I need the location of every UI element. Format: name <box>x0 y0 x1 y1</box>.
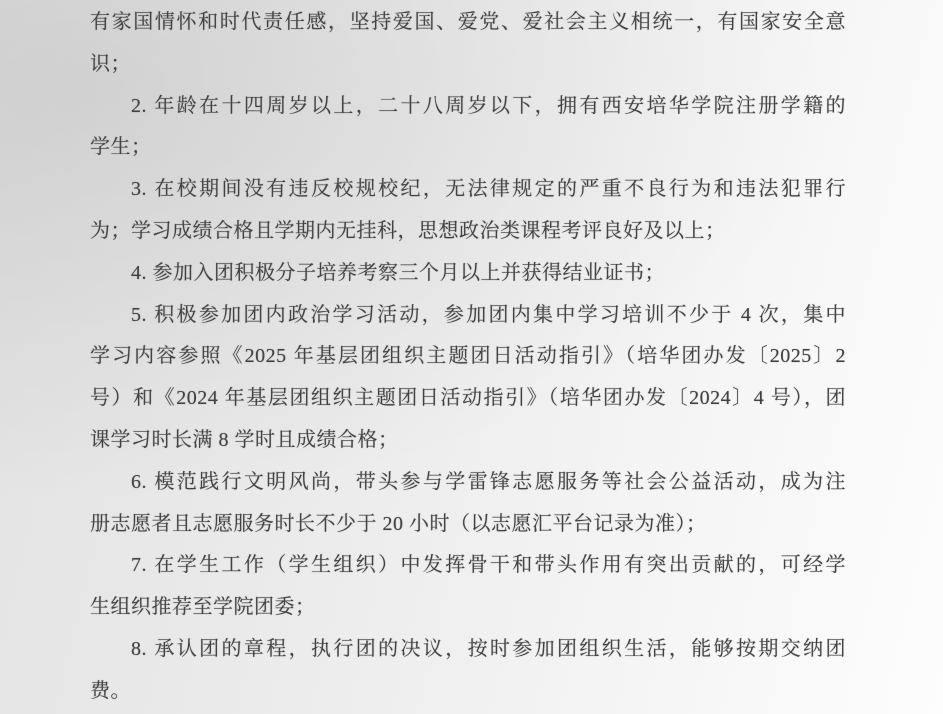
text-line: 学生； <box>90 127 846 169</box>
text-line: 为；学习成绩合格且学期内无挂科，思想政治类课程考评良好及以上； <box>90 211 846 253</box>
text-line: 5. 积极参加团内政治学习活动，参加团内集中学习培训不少于 4 次，集中 <box>90 295 846 337</box>
text-line: 8. 承认团的章程，执行团的决议，按时参加团组织生活，能够按期交纳团 <box>90 629 846 671</box>
document-page: 有家国情怀和时代责任感，坚持爱国、爱党、爱社会主义相统一，有国家安全意识；2. … <box>90 2 846 713</box>
text-line: 3. 在校期间没有违反校规校纪，无法律规定的严重不良行为和违法犯罪行 <box>90 169 846 211</box>
text-line: 6. 模范践行文明风尚，带头参与学雷锋志愿服务等社会公益活动，成为注 <box>90 462 846 504</box>
text-line: 7. 在学生工作（学生组织）中发挥骨干和带头作用有突出贡献的，可经学 <box>90 545 846 587</box>
text-line: 2. 年龄在十四周岁以上，二十八周岁以下，拥有西安培华学院注册学籍的 <box>90 86 846 128</box>
text-line: 生组织推荐至学院团委； <box>90 587 846 629</box>
text-line: 4. 参加入团积极分子培养考察三个月以上并获得结业证书； <box>90 253 846 295</box>
text-line: 费。 <box>90 671 846 713</box>
text-line: 有家国情怀和时代责任感，坚持爱国、爱党、爱社会主义相统一，有国家安全意 <box>90 2 846 44</box>
text-line: 课学习时长满 8 学时且成绩合格； <box>90 420 846 462</box>
text-line: 识； <box>90 44 846 86</box>
text-line: 学习内容参照《2025 年基层团组织主题团日活动指引》（培华团办发〔2025〕2 <box>90 336 846 378</box>
document-body: 有家国情怀和时代责任感，坚持爱国、爱党、爱社会主义相统一，有国家安全意识；2. … <box>90 2 846 713</box>
text-line: 册志愿者且志愿服务时长不少于 20 小时（以志愿汇平台记录为准）； <box>90 504 846 546</box>
text-line: 号）和《2024 年基层团组织主题团日活动指引》（培华团办发〔2024〕4 号）… <box>90 378 846 420</box>
